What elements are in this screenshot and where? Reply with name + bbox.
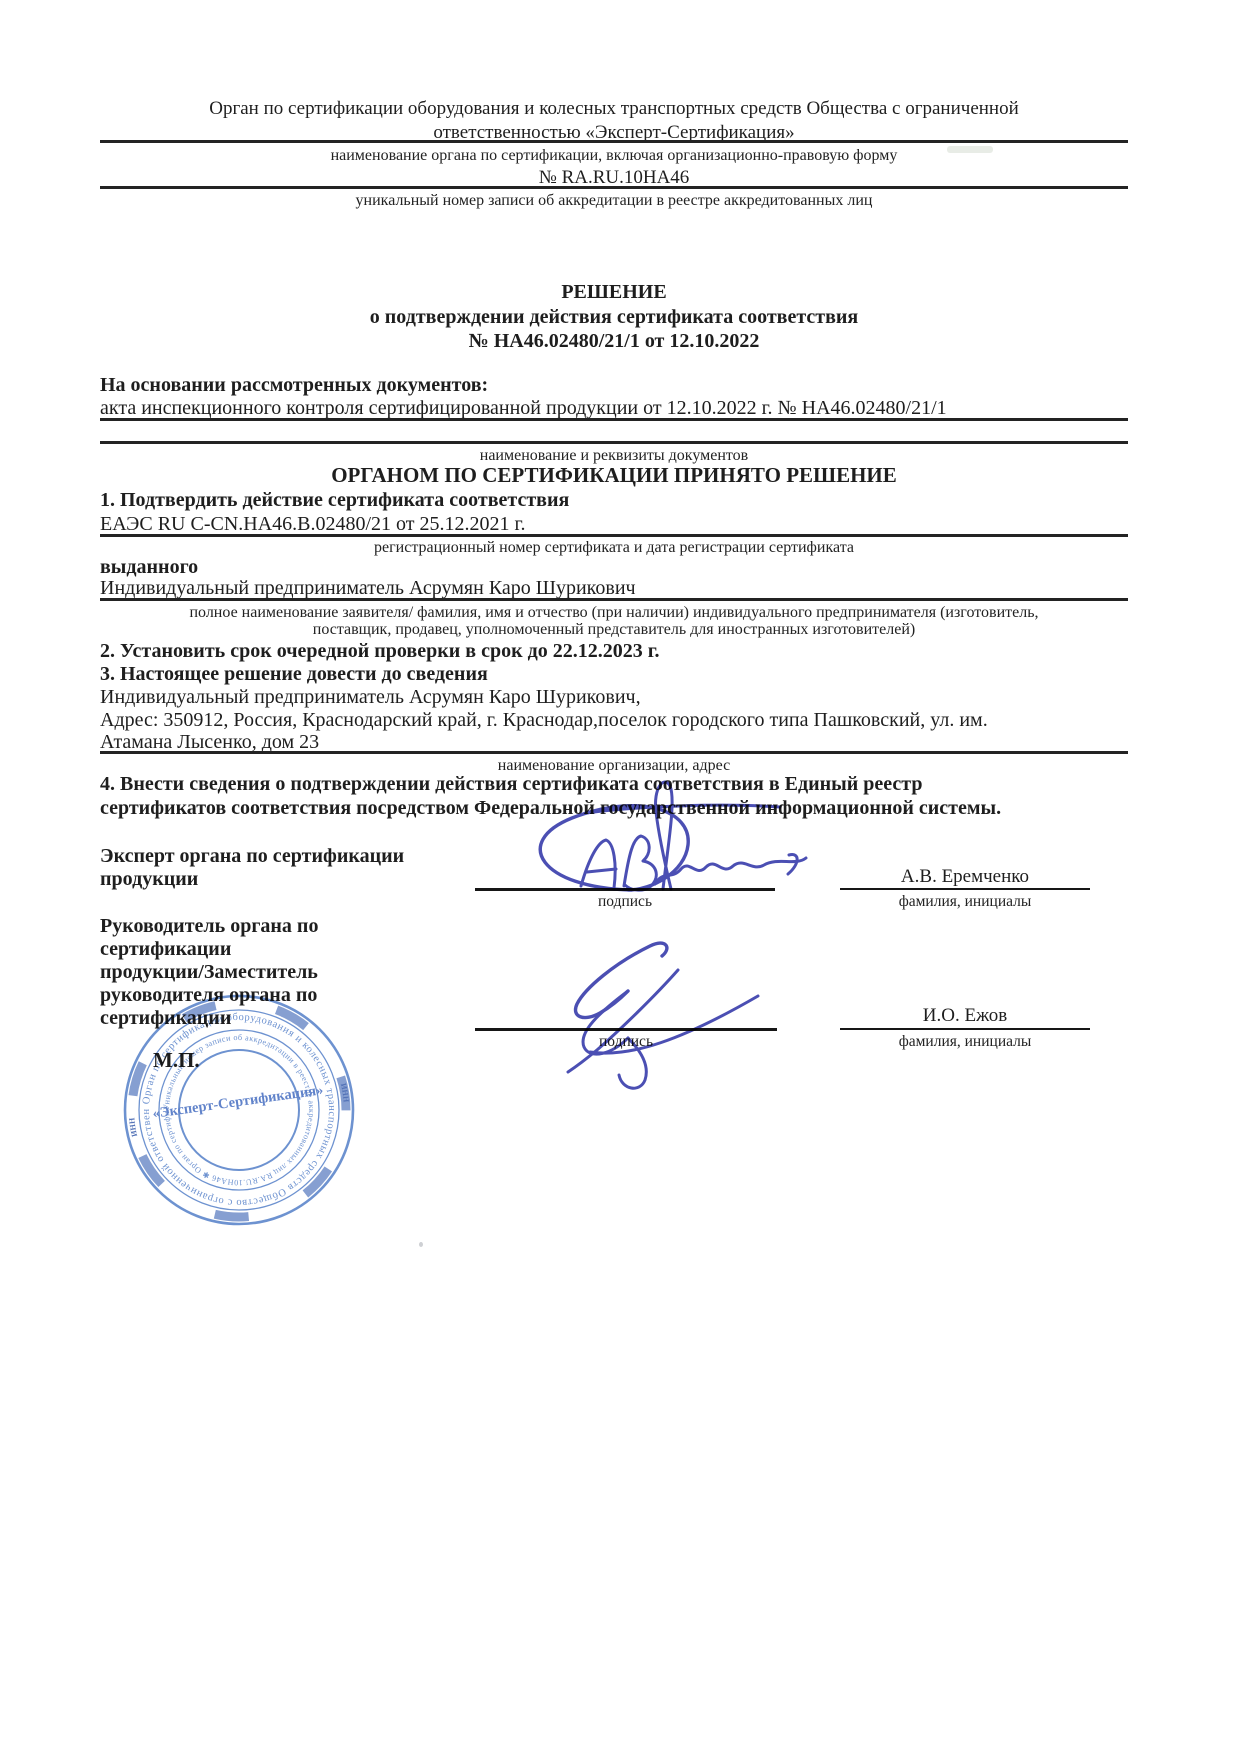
accreditation-caption: уникальный номер записи об аккредитации … xyxy=(100,192,1128,210)
decision-title: РЕШЕНИЕ xyxy=(100,281,1128,304)
item-1-label: 1. Подтвердить действие сертификата соот… xyxy=(100,489,1128,512)
decision-subtitle: о подтверждении действия сертификата соо… xyxy=(100,306,1128,329)
expert-name-line xyxy=(840,888,1090,890)
certificate-caption: регистрационный номер сертификата и дата… xyxy=(100,539,1128,557)
certificate-number: ЕАЭС RU С-CN.НА46.В.02480/21 от 25.12.20… xyxy=(100,513,1128,536)
expert-role-line1: Эксперт органа по сертификации xyxy=(100,845,440,868)
expert-signature-stroke xyxy=(540,782,806,890)
head-role-line1: Руководитель органа по xyxy=(100,915,440,938)
head-name-line xyxy=(840,1028,1090,1030)
decision-heading: ОРГАНОМ ПО СЕРТИФИКАЦИИ ПРИНЯТО РЕШЕНИЕ xyxy=(100,463,1128,487)
item-3-label: 3. Настоящее решение довести до сведения xyxy=(100,663,1128,686)
decision-number-date: № НА46.02480/21/1 от 12.10.2022 xyxy=(100,330,1128,353)
issued-name: Индивидуальный предприниматель Асрумян К… xyxy=(100,577,1128,600)
expert-name: А.В. Еремченко xyxy=(840,866,1090,888)
basis-label: На основании рассмотренных документов: xyxy=(100,374,1128,397)
head-name: И.О. Ежов xyxy=(840,1005,1090,1027)
org-name-line1: Орган по сертификации оборудования и кол… xyxy=(100,97,1128,120)
issued-caption-line2: поставщик, продавец, уполномоченный пред… xyxy=(100,621,1128,639)
handwritten-signatures xyxy=(420,700,850,1110)
head-role-line2: сертификации xyxy=(100,938,440,961)
expert-name-caption: фамилия, инициалы xyxy=(840,893,1090,911)
issued-underline xyxy=(100,598,1128,601)
header-rule-2 xyxy=(100,186,1128,189)
scanned-certificate-decision-page: Орган по сертификации оборудования и кол… xyxy=(0,0,1240,1754)
head-name-caption: фамилия, инициалы xyxy=(840,1033,1090,1051)
issued-caption-line1: полное наименование заявителя/ фамилия, … xyxy=(100,604,1128,622)
basis-documents-value: акта инспекционного контроля сертифициро… xyxy=(100,397,1128,420)
certificate-underline xyxy=(100,534,1128,537)
head-signature-stroke xyxy=(568,943,758,1088)
scan-smudge xyxy=(947,146,993,153)
issued-label: выданного xyxy=(100,556,1128,579)
item-2: 2. Установить срок очередной проверки в … xyxy=(100,640,1128,663)
head-role-line3: продукции/Заместитель xyxy=(100,961,440,984)
header-rule-1 xyxy=(100,140,1128,143)
basis-rule-2 xyxy=(100,441,1128,444)
expert-role-line2: продукции xyxy=(100,868,440,891)
basis-underline xyxy=(100,418,1128,421)
scan-speck xyxy=(419,1242,423,1247)
stamp: Орган по сертификации оборудования и кол… xyxy=(117,988,361,1232)
